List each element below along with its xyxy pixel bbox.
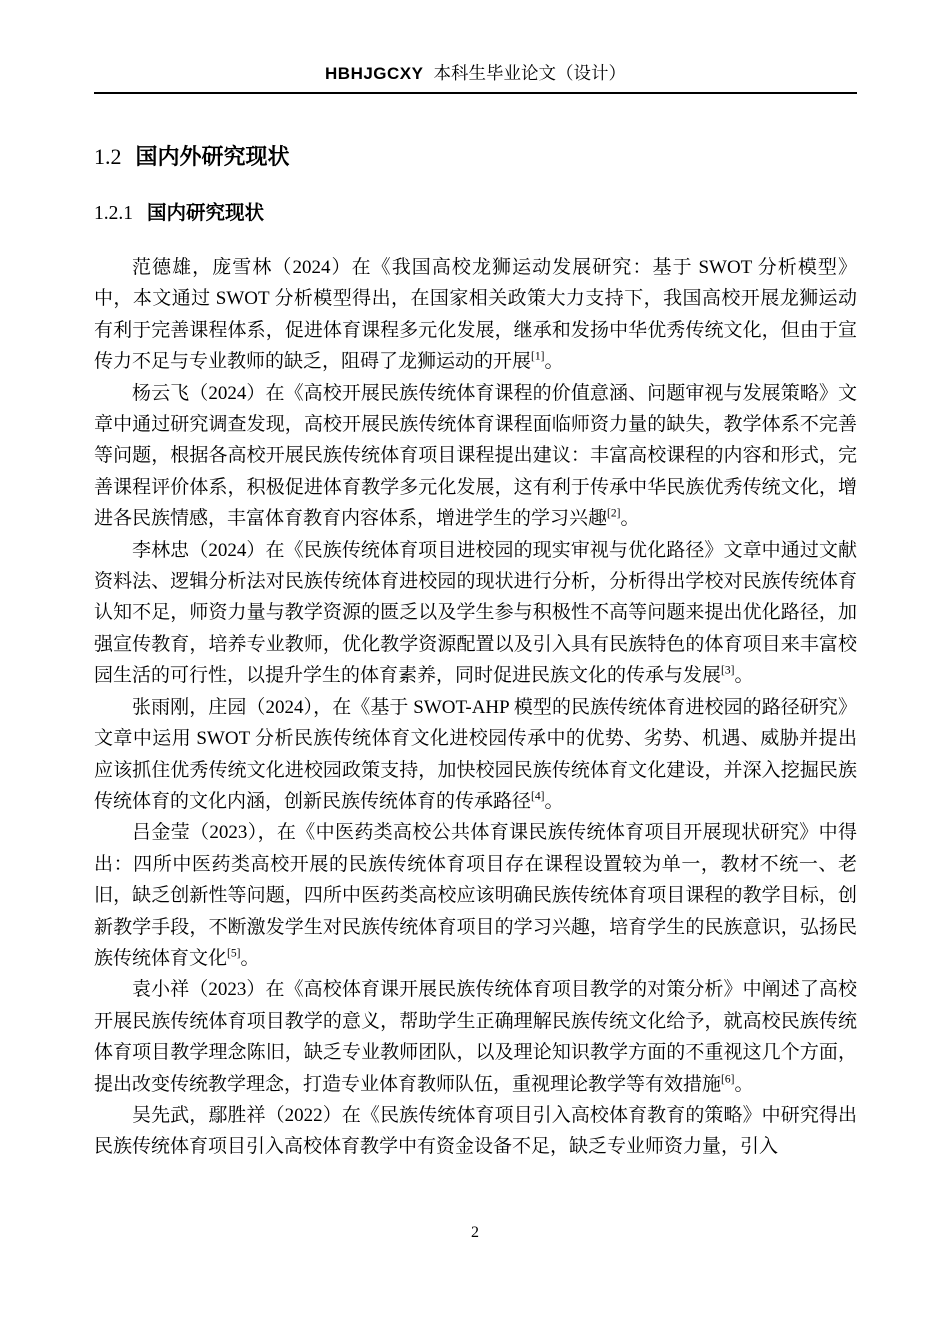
paragraph-2-text: 杨云飞（2024）在《高校开展民族传统体育课程的价值意涵、问题审视与发展策略》文… [94, 383, 857, 530]
paragraph-5-tail: 。 [240, 948, 259, 969]
page-header: HBHJGCXY 本科生毕业论文（设计） [94, 60, 857, 94]
paragraph-6-tail: 。 [734, 1074, 753, 1095]
citation-ref-6: [6] [721, 1073, 734, 1085]
citation-ref-3: [3] [721, 665, 734, 677]
paragraph-4-tail: 。 [544, 791, 563, 812]
header-code: HBHJGCXY [325, 64, 423, 83]
paragraph-2-tail: 。 [620, 508, 639, 529]
paragraph-1-tail: 。 [544, 351, 563, 372]
subsection-number: 1.2.1 [94, 203, 133, 224]
paragraph-5: 吕金莹（2023），在《中医药类高校公共体育课民族传统体育项目开展现状研究》中得… [94, 817, 857, 974]
section-heading: 1.2国内外研究现状 [94, 143, 857, 170]
citation-ref-1: [1] [531, 351, 544, 363]
paragraph-7-text: 吴先武，鄢胜祥（2022）在《民族传统体育项目引入高校体育教育的策略》中研究得出… [94, 1105, 857, 1157]
paragraph-1: 范德雄，庞雪林（2024）在《我国高校龙狮运动发展研究：基于 SWOT 分析模型… [94, 252, 857, 378]
paragraph-2: 杨云飞（2024）在《高校开展民族传统体育课程的价值意涵、问题审视与发展策略》文… [94, 378, 857, 535]
section-number: 1.2 [94, 144, 122, 169]
header-title: 本科生毕业论文（设计） [433, 63, 626, 83]
document-page: HBHJGCXY 本科生毕业论文（设计） 1.2国内外研究现状 1.2.1国内研… [0, 0, 950, 1344]
paragraph-7: 吴先武，鄢胜祥（2022）在《民族传统体育项目引入高校体育教育的策略》中研究得出… [94, 1100, 857, 1163]
page-content: 1.2国内外研究现状 1.2.1国内研究现状 范德雄，庞雪林（2024）在《我国… [94, 97, 857, 1163]
citation-ref-5: [5] [227, 948, 240, 960]
citation-ref-2: [2] [607, 508, 620, 520]
paragraph-1-text: 范德雄，庞雪林（2024）在《我国高校龙狮运动发展研究：基于 SWOT 分析模型… [94, 257, 857, 372]
section-title: 国内外研究现状 [136, 144, 290, 169]
paragraph-3-tail: 。 [734, 665, 753, 686]
paragraph-6: 袁小祥（2023）在《高校体育课开展民族传统体育项目教学的对策分析》中阐述了高校… [94, 974, 857, 1100]
paragraph-4: 张雨刚，庄园（2024），在《基于 SWOT-AHP 模型的民族传统体育进校园的… [94, 692, 857, 818]
citation-ref-4: [4] [531, 791, 544, 803]
paragraph-5-text: 吕金莹（2023），在《中医药类高校公共体育课民族传统体育项目开展现状研究》中得… [94, 822, 857, 969]
paragraph-3: 李林忠（2024）在《民族传统体育项目进校园的现实审视与优化路径》文章中通过文献… [94, 535, 857, 692]
subsection-heading: 1.2.1国内研究现状 [94, 201, 857, 226]
subsection-title: 国内研究现状 [147, 202, 264, 224]
paragraph-4-text: 张雨刚，庄园（2024），在《基于 SWOT-AHP 模型的民族传统体育进校园的… [94, 697, 857, 812]
page-number: 2 [0, 1224, 950, 1242]
